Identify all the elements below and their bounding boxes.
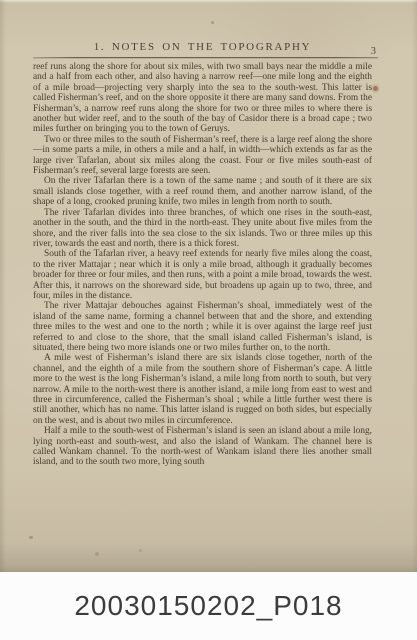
body-paragraph: South of the Tafarlan river, a heavy ree… — [33, 249, 372, 301]
body-paragraph: reef runs along the shore for about six … — [33, 62, 372, 135]
foxing-spot — [373, 86, 378, 91]
header-rule — [33, 57, 378, 58]
running-title: 1. NOTES ON THE TOPOGRAPHY — [94, 41, 312, 53]
body-paragraph: On the river Tafarlan there is a town of… — [33, 176, 372, 207]
body-paragraph: Two or three miles to the south of Fishe… — [33, 135, 372, 177]
page-header: 1. NOTES ON THE TOPOGRAPHY 3 — [33, 0, 372, 55]
page-body: reef runs along the shore for about six … — [33, 62, 372, 468]
page-number: 3 — [371, 46, 376, 57]
body-paragraph: The river Mattajar debouches against Fis… — [33, 301, 372, 353]
scan-id-strip: 20030150202_P018 — [0, 572, 417, 640]
book-page: 1. NOTES ON THE TOPOGRAPHY 3 reef runs a… — [0, 0, 417, 572]
scan-id-label: 20030150202_P018 — [74, 590, 342, 622]
body-paragraph: The river Tafarlan divides into three br… — [33, 208, 372, 250]
paper-speck — [139, 549, 142, 552]
scanned-document: 1. NOTES ON THE TOPOGRAPHY 3 reef runs a… — [0, 0, 417, 640]
body-paragraph: A mile west of Fisherman’s island there … — [33, 353, 372, 426]
paper-speck — [211, 21, 214, 24]
paper-speck — [29, 536, 33, 539]
paper-speck — [95, 552, 99, 556]
body-paragraph: Half a mile to the south-west of Fisherm… — [33, 426, 372, 468]
